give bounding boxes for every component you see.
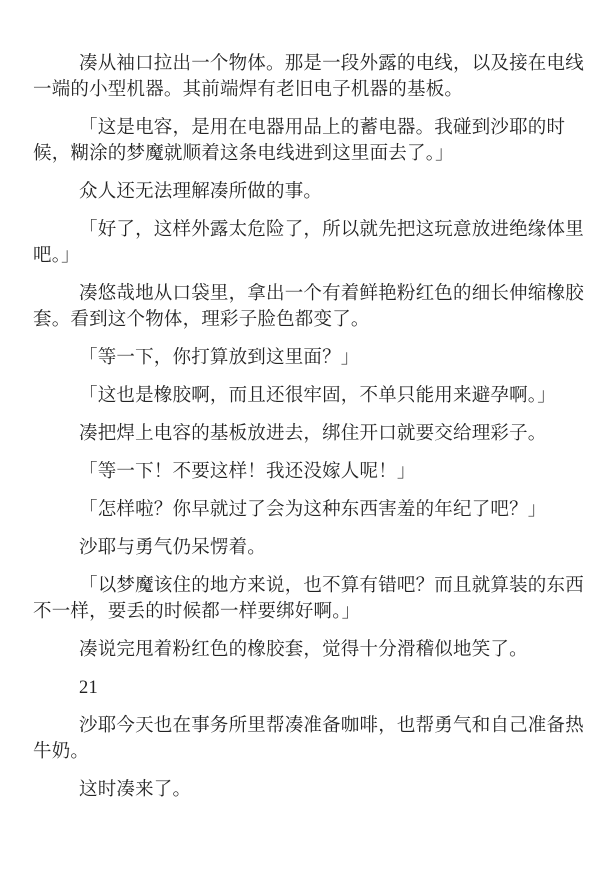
dialogue-paragraph: 「怎样啦？你早就过了会为这种东西害羞的年纪了吧？」 [33, 497, 580, 523]
body-paragraph: 众人还无法理解凑所做的事。 [33, 179, 580, 205]
dialogue-paragraph: 「等一下，你打算放到这里面？」 [33, 345, 580, 371]
body-paragraph: 沙耶今天也在事务所里帮凑准备咖啡，也帮勇气和自己准备热牛奶。 [33, 713, 580, 765]
dialogue-paragraph: 「这是电容，是用在电器用品上的蓄电器。我碰到沙耶的时候，糊涂的梦魔就顺着这条电线… [33, 115, 580, 167]
section-number: 21 [33, 675, 580, 701]
text-line: 沙耶今天也在事务所里帮凑准备咖啡，也帮勇气和自己准备热 [33, 713, 580, 739]
body-paragraph: 凑悠哉地从口袋里，拿出一个有着鲜艳粉红色的细长伸缩橡胶套。看到这个物体，理彩子脸… [33, 281, 580, 333]
body-paragraph: 沙耶与勇气仍呆愣着。 [33, 535, 580, 561]
text-line: 套。看到这个物体，理彩子脸色都变了。 [33, 307, 580, 333]
text-line: 「以梦魔该住的地方来说，也不算有错吧？而且就算装的东西 [33, 573, 580, 599]
page-text-content: 凑从袖口拉出一个物体。那是一段外露的电线，以及接在电线一端的小型机器。其前端焊有… [33, 51, 580, 803]
body-paragraph: 凑说完甩着粉红色的橡胶套，觉得十分滑稽似地笑了。 [33, 637, 580, 663]
text-line: 21 [33, 675, 580, 701]
dialogue-paragraph: 「以梦魔该住的地方来说，也不算有错吧？而且就算装的东西不一样，要丢的时候都一样要… [33, 573, 580, 625]
text-line: 「这是电容，是用在电器用品上的蓄电器。我碰到沙耶的时 [33, 115, 580, 141]
text-line: 沙耶与勇气仍呆愣着。 [33, 535, 580, 561]
text-line: 「这也是橡胶啊，而且还很牢固，不单只能用来避孕啊。」 [33, 383, 580, 409]
body-paragraph: 凑把焊上电容的基板放进去，绑住开口就要交给理彩子。 [33, 421, 580, 447]
text-line: 众人还无法理解凑所做的事。 [33, 179, 580, 205]
text-line: 凑悠哉地从口袋里，拿出一个有着鲜艳粉红色的细长伸缩橡胶 [33, 281, 580, 307]
text-line: 「怎样啦？你早就过了会为这种东西害羞的年纪了吧？」 [33, 497, 580, 523]
text-line: 凑把焊上电容的基板放进去，绑住开口就要交给理彩子。 [33, 421, 580, 447]
text-line: 不一样，要丢的时候都一样要绑好啊。」 [33, 599, 580, 625]
ebook-page: 凑从袖口拉出一个物体。那是一段外露的电线，以及接在电线一端的小型机器。其前端焊有… [0, 0, 613, 869]
dialogue-paragraph: 「等一下！不要这样！我还没嫁人呢！」 [33, 459, 580, 485]
text-line: 「等一下！不要这样！我还没嫁人呢！」 [33, 459, 580, 485]
text-line: 一端的小型机器。其前端焊有老旧电子机器的基板。 [33, 77, 580, 103]
text-line: 这时凑来了。 [33, 777, 580, 803]
dialogue-paragraph: 「这也是橡胶啊，而且还很牢固，不单只能用来避孕啊。」 [33, 383, 580, 409]
body-paragraph: 这时凑来了。 [33, 777, 580, 803]
body-paragraph: 凑从袖口拉出一个物体。那是一段外露的电线，以及接在电线一端的小型机器。其前端焊有… [33, 51, 580, 103]
text-line: 凑从袖口拉出一个物体。那是一段外露的电线，以及接在电线 [33, 51, 580, 77]
text-line: 凑说完甩着粉红色的橡胶套，觉得十分滑稽似地笑了。 [33, 637, 580, 663]
text-line: 「好了，这样外露太危险了，所以就先把这玩意放进绝缘体里 [33, 217, 580, 243]
dialogue-paragraph: 「好了，这样外露太危险了，所以就先把这玩意放进绝缘体里吧。」 [33, 217, 580, 269]
text-line: 「等一下，你打算放到这里面？」 [33, 345, 580, 371]
text-line: 吧。」 [33, 243, 580, 269]
text-line: 牛奶。 [33, 739, 580, 765]
text-line: 候，糊涂的梦魔就顺着这条电线进到这里面去了。」 [33, 141, 580, 167]
